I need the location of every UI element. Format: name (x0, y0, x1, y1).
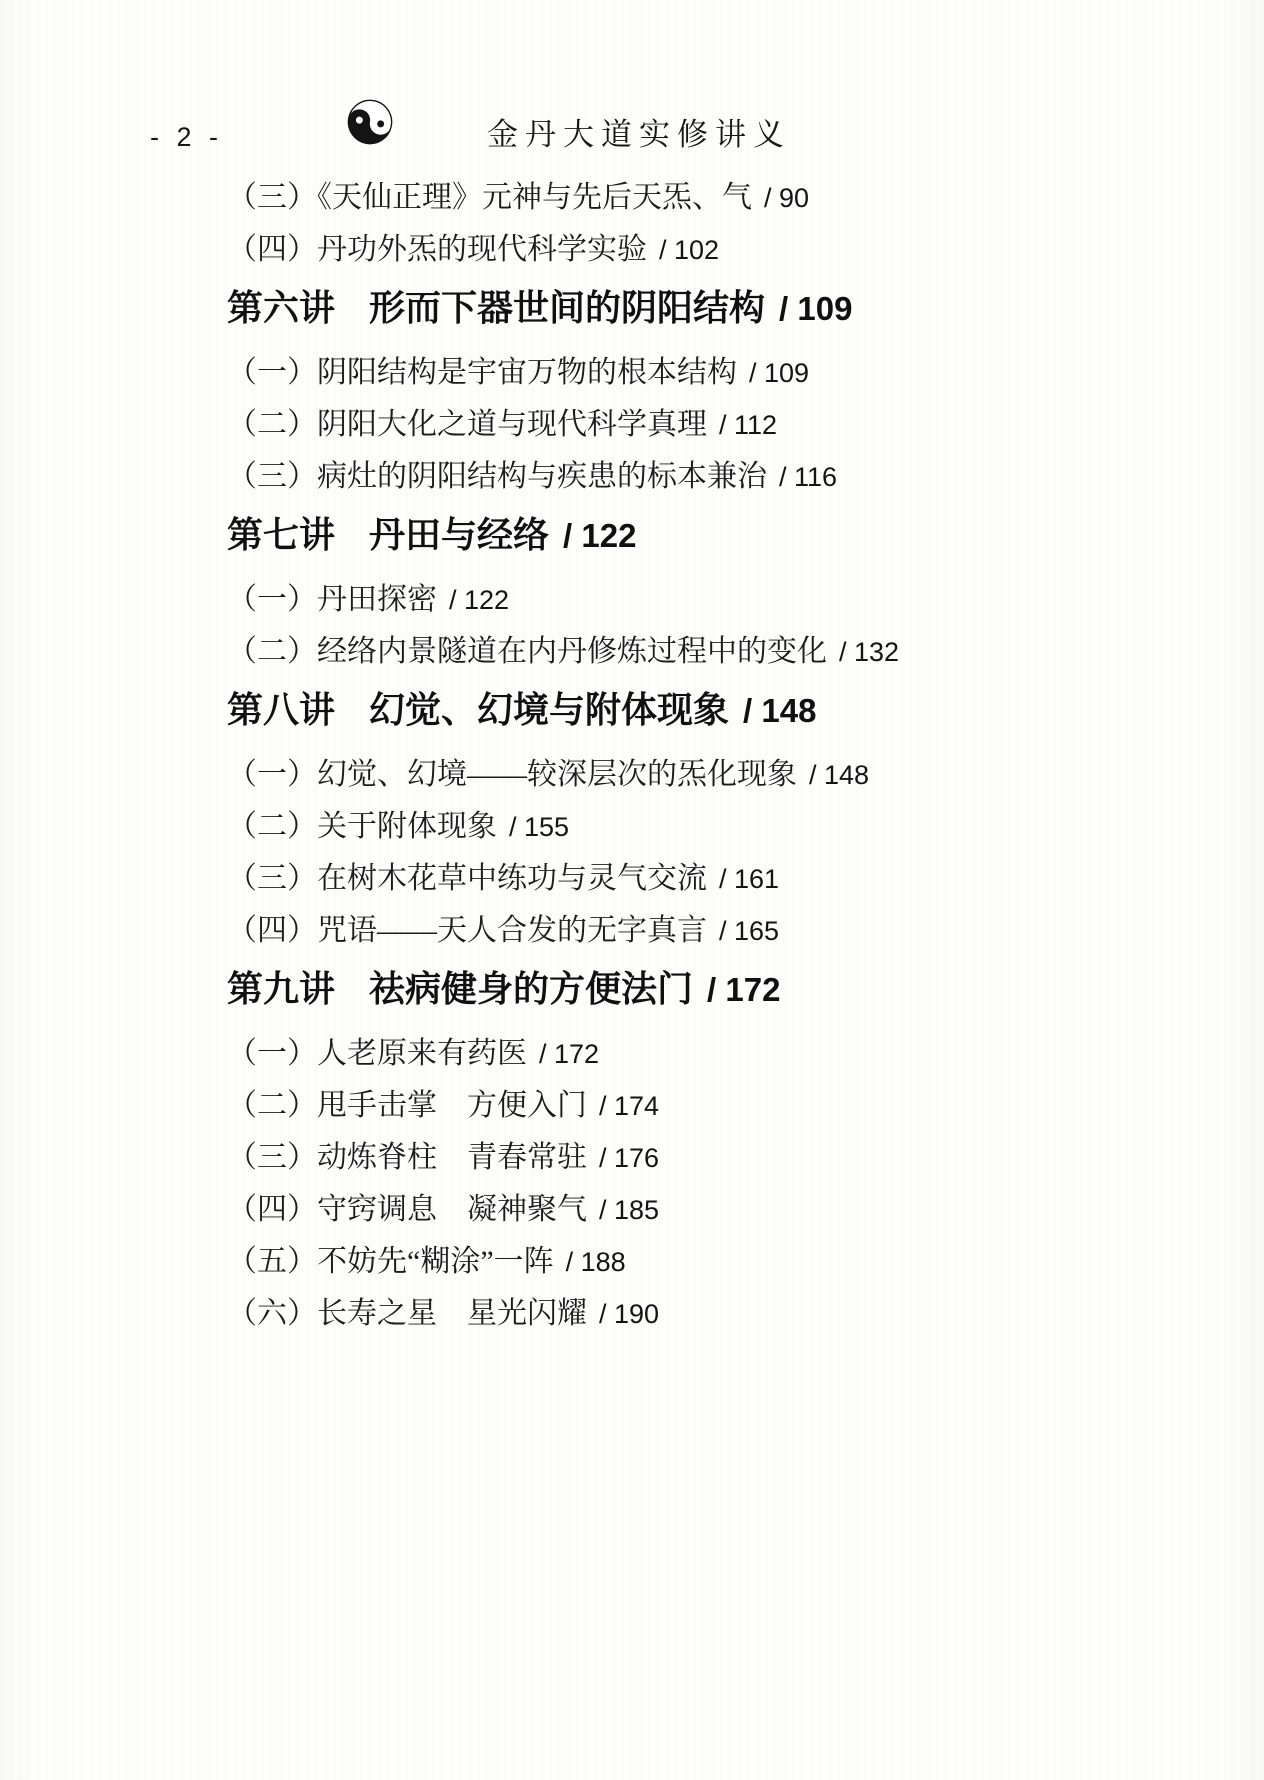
toc-item-label: （二）关于附体现象 (227, 810, 497, 843)
toc-item-label: （二）阴阳大化之道与现代科学真理 (227, 408, 707, 441)
toc-item-label: （二）甩手击掌 方便入门 (227, 1089, 587, 1122)
toc-item-label: （五）不妨先“糊涂”一阵 (227, 1245, 554, 1278)
toc-item-page: / 190 (599, 1299, 659, 1329)
toc-item: （三）在树木花草中练功与灵气交流/ 161 (227, 863, 1107, 895)
toc-item-page: / 132 (839, 637, 899, 667)
toc-item-label: （一）幻觉、幻境——较深层次的炁化现象 (227, 758, 797, 791)
taiji-yinyang-icon (347, 99, 393, 145)
toc-item-page: / 109 (749, 358, 809, 388)
toc-item: （三）《天仙正理》元神与先后天炁、气/ 90 (227, 182, 1107, 214)
toc-item: （二）经络内景隧道在内丹修炼过程中的变化/ 132 (227, 636, 1107, 668)
toc-item-page: / 148 (809, 760, 869, 790)
chapter-title: 丹田与经络 (369, 514, 549, 555)
toc-item: （五）不妨先“糊涂”一阵/ 188 (227, 1246, 1107, 1278)
toc-item-page: / 155 (509, 812, 569, 842)
toc-item-label: （四）咒语——天人合发的无字真言 (227, 914, 707, 947)
toc-item-page: / 112 (719, 410, 777, 440)
toc-item: （一）幻觉、幻境——较深层次的炁化现象/ 148 (227, 759, 1107, 791)
toc-item-page: / 122 (449, 585, 509, 615)
toc-item: （一）阴阳结构是宇宙万物的根本结构/ 109 (227, 357, 1107, 389)
chapter-page: / 172 (707, 971, 780, 1008)
chapter-number: 第九讲 (227, 968, 335, 1009)
toc-item: （四）守窍调息 凝神聚气/ 185 (227, 1194, 1107, 1226)
toc-item-page: / 102 (659, 235, 719, 265)
page-number: - 2 - (150, 122, 223, 153)
toc-item-label: （三）在树木花草中练功与灵气交流 (227, 862, 707, 895)
toc-item-label: （一）阴阳结构是宇宙万物的根本结构 (227, 356, 737, 389)
toc-item-page: / 165 (719, 916, 779, 946)
toc-item-label: （三）《天仙正理》元神与先后天炁、气 (227, 181, 752, 214)
chapter-page: / 122 (563, 517, 636, 554)
chapter-heading: 第九讲祛病健身的方便法门/ 172 (227, 967, 1107, 1012)
chapter-number: 第七讲 (227, 514, 335, 555)
table-of-contents: （三）《天仙正理》元神与先后天炁、气/ 90 （四）丹功外炁的现代科学实验/ 1… (227, 182, 1107, 1350)
chapter-title: 形而下器世间的阴阳结构 (369, 287, 765, 328)
chapter-page: / 109 (779, 290, 852, 327)
toc-item-label: （三）动炼脊柱 青春常驻 (227, 1141, 587, 1174)
toc-item: （二）甩手击掌 方便入门/ 174 (227, 1090, 1107, 1122)
toc-item-page: / 116 (779, 462, 837, 492)
toc-item: （三）动炼脊柱 青春常驻/ 176 (227, 1142, 1107, 1174)
toc-item-label: （一）人老原来有药医 (227, 1037, 527, 1070)
chapter-title: 幻觉、幻境与附体现象 (369, 689, 729, 730)
chapter-page: / 148 (743, 692, 816, 729)
toc-item-page: / 174 (599, 1091, 659, 1121)
toc-item-page: / 188 (566, 1247, 626, 1277)
toc-item-label: （二）经络内景隧道在内丹修炼过程中的变化 (227, 635, 827, 668)
chapter-number: 第六讲 (227, 287, 335, 328)
toc-item: （六）长寿之星 星光闪耀/ 190 (227, 1298, 1107, 1330)
toc-item-page: / 185 (599, 1195, 659, 1225)
toc-item-page: / 172 (539, 1039, 599, 1069)
toc-item-page: / 176 (599, 1143, 659, 1173)
book-title: 金丹大道实修讲义 (487, 109, 791, 154)
toc-item-label: （三）病灶的阴阳结构与疾患的标本兼治 (227, 460, 767, 493)
toc-item-page: / 161 (719, 864, 779, 894)
chapter-heading: 第六讲形而下器世间的阴阳结构/ 109 (227, 286, 1107, 331)
toc-item-label: （六）长寿之星 星光闪耀 (227, 1297, 587, 1330)
toc-item: （一）人老原来有药医/ 172 (227, 1038, 1107, 1070)
toc-item-label: （四）丹功外炁的现代科学实验 (227, 233, 647, 266)
toc-item: （三）病灶的阴阳结构与疾患的标本兼治/ 116 (227, 461, 1107, 493)
toc-item: （二）关于附体现象/ 155 (227, 811, 1107, 843)
toc-item: （一）丹田探密/ 122 (227, 584, 1107, 616)
toc-item-label: （四）守窍调息 凝神聚气 (227, 1193, 587, 1226)
chapter-heading: 第八讲幻觉、幻境与附体现象/ 148 (227, 688, 1107, 733)
toc-item: （四）丹功外炁的现代科学实验/ 102 (227, 234, 1107, 266)
chapter-number: 第八讲 (227, 689, 335, 730)
toc-item: （二）阴阳大化之道与现代科学真理/ 112 (227, 409, 1107, 441)
chapter-heading: 第七讲丹田与经络/ 122 (227, 513, 1107, 558)
toc-item-page: / 90 (764, 183, 809, 213)
chapter-title: 祛病健身的方便法门 (369, 968, 693, 1009)
toc-item-label: （一）丹田探密 (227, 583, 437, 616)
scanned-book-page: - 2 - 金丹大道实修讲义 （三）《天仙正理》元神与先后天炁、气/ 90 （四… (0, 0, 1264, 1780)
toc-item: （四）咒语——天人合发的无字真言/ 165 (227, 915, 1107, 947)
